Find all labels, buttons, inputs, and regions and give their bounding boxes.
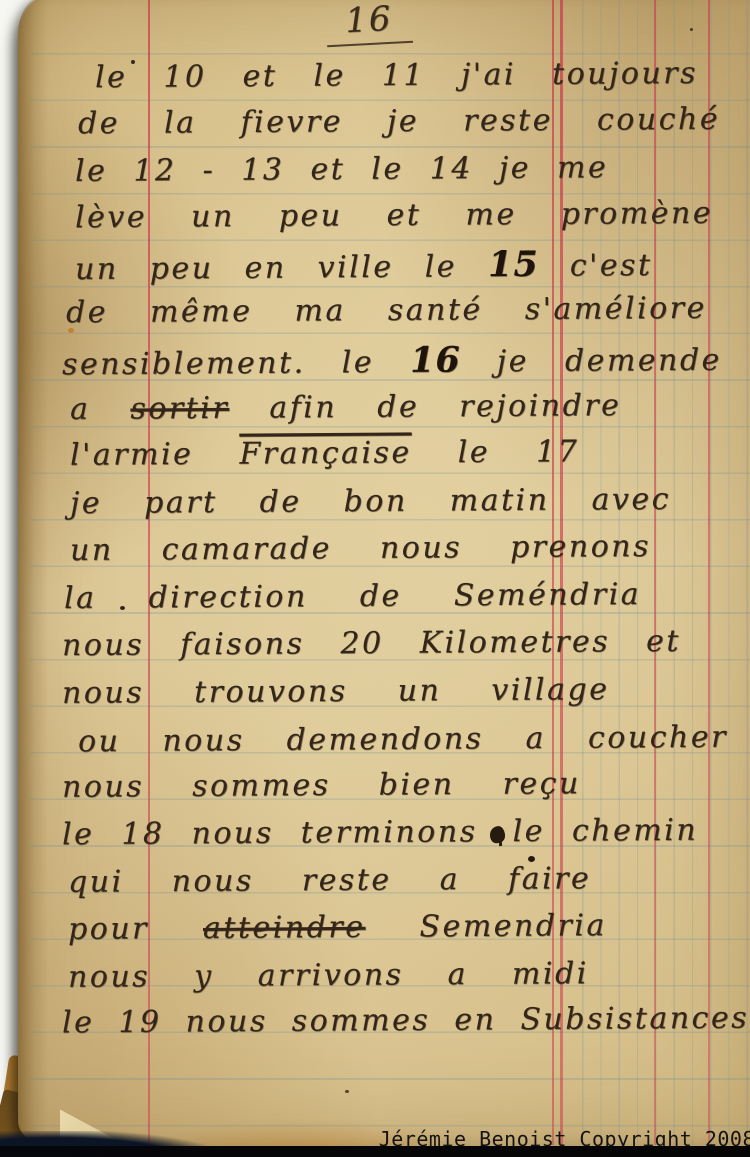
manuscript-line: nous faisons 20 Kilometres et [62,624,681,663]
handwriting-segment: Française [239,435,412,471]
manuscript-line: la direction de Seméndria [64,577,641,616]
handwriting-segment: je part de bon matin avec [70,482,671,521]
manuscript-line: de la fievre je reste couché [78,102,720,141]
handwriting-segment: un camarade nous prenons [70,529,651,568]
ink-blot [489,826,504,843]
manuscript-line: a sortir afin de rejoindre [70,388,622,427]
manuscript: le 10 et le 11 j'ai toujoursde la fievre… [0,0,750,1157]
scanned-diary-page: 16 le 10 et le 11 j'ai toujoursde la fie… [0,0,750,1157]
handwriting-segment: le 12 - 13 et le 14 je me [75,150,608,189]
manuscript-line: ou nous demendons a coucher [78,720,728,760]
manuscript-line: un camarade nous prenons [70,529,651,568]
manuscript-line: qui nous reste a faire [68,861,591,900]
handwriting-segment: sensiblement. le [62,345,410,382]
handwriting-segment: un peu en ville le [75,249,488,287]
manuscript-line: le 19 nous sommes en Subsistances [62,1001,749,1041]
handwriting-segment: atteindre [203,910,366,946]
handwriting-segment: nous sommes bien reçu [62,766,581,805]
handwriting-segment: Semendria [365,908,607,945]
manuscript-line: sensiblement. le 16 je demende [62,338,722,384]
ink-speck [68,328,74,333]
manuscript-line: pour atteindre Semendria [68,908,607,947]
handwriting-segment: pour [68,911,203,947]
manuscript-line: lève un peu et me promène [75,196,713,235]
ink-speck [131,60,135,64]
manuscript-line: nous trouvons un village [62,672,610,711]
handwriting-segment: sortir [130,391,229,427]
handwriting-segment: le 19 nous sommes en Subsistances [62,1001,749,1041]
manuscript-line: le 10 et le 11 j'ai toujours [95,56,698,95]
handwriting-segment: de même ma santé s'améliore [66,291,707,330]
manuscript-line: nous sommes bien reçu [62,766,581,805]
ink-speck [345,1090,349,1093]
handwriting-segment: a [70,392,131,427]
manuscript-line: le 18 nous terminonsle chemin [62,813,698,852]
handwriting-segment: de la fievre je reste couché [78,102,720,141]
ink-speck [120,606,125,610]
ink-speck [528,856,535,862]
manuscript-line: un peu en ville le 15 c'est [75,243,653,288]
handwriting-segment: je demende [461,343,722,380]
handwriting-segment: nous y arrivons a midi [68,956,589,995]
scan-edge-band [0,1146,750,1157]
handwriting-segment: 15 [488,244,539,285]
handwriting-segment: ou nous demendons a coucher [78,720,728,760]
handwriting-segment: nous faisons 20 Kilometres et [62,624,681,663]
handwriting-segment: le chemin [512,813,698,849]
manuscript-line: je part de bon matin avec [70,482,671,521]
handwriting-segment: le 17 [412,434,580,470]
handwriting-segment: qui nous reste a faire [68,861,591,900]
manuscript-line: l'armie Française le 17 [70,434,580,473]
handwriting-segment: nous trouvons un village [62,672,610,711]
manuscript-line: nous y arrivons a midi [68,956,589,995]
handwriting-segment: 16 [410,340,461,381]
handwriting-segment: la direction de Seméndria [64,577,641,616]
handwriting-segment: lève un peu et me promène [75,196,713,235]
ink-speck [690,28,693,31]
handwriting-segment: l'armie [70,437,240,473]
manuscript-line: de même ma santé s'améliore [66,291,707,330]
handwriting-segment: le 10 et le 11 j'ai toujours [95,56,698,95]
handwriting-segment: c'est [539,248,653,284]
handwriting-segment: le 18 nous terminons [62,814,478,852]
handwriting-segment: afin de rejoindre [229,388,621,426]
manuscript-line: le 12 - 13 et le 14 je me [75,150,608,189]
